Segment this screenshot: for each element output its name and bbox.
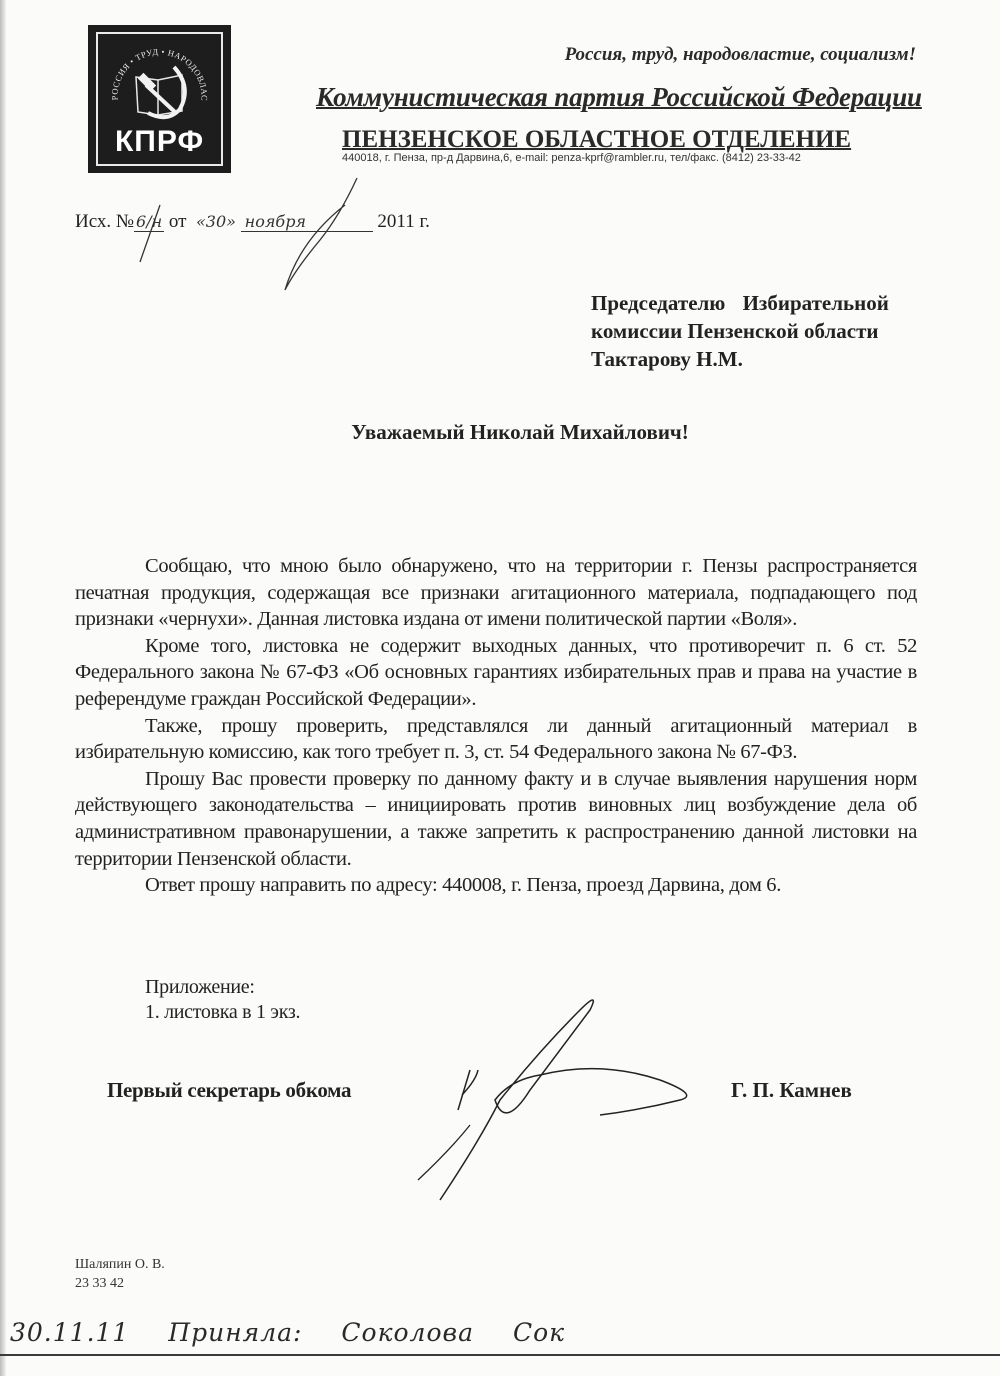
kprf-logo: РОССИЯ • ТРУД • НАРОДОВЛАСТИЕ • СОЦИАЛИЗ… (88, 25, 231, 173)
signer-title: Первый секретарь обкома (107, 1078, 351, 1103)
outgoing-day: «30» (196, 212, 236, 231)
received-date: 30.11.11 (10, 1318, 129, 1347)
recipient-line-1: Председателю Избирательной (591, 289, 889, 317)
footer-rule (0, 1354, 1000, 1356)
recipient-line-3: Тактарову Н.М. (591, 345, 889, 373)
scan-edge-shadow (0, 0, 6, 1376)
received-initials: Сок (513, 1318, 565, 1347)
body-paragraph: Прошу Вас провести проверку по данному ф… (75, 766, 917, 872)
executor-phone: 23 33 42 (75, 1274, 165, 1293)
body-paragraph: Кроме того, листовка не содержит выходны… (75, 633, 917, 713)
received-note: 30.11.11 Приняла: Соколова Сок (10, 1318, 565, 1347)
received-text: Приняла: Соколова (168, 1318, 474, 1347)
attachment-item: 1. листовка в 1 экз. (145, 1000, 300, 1025)
outgoing-year: 2011 г. (377, 211, 429, 232)
outgoing-reference: Исх. №6/н от «30» ноября 2011 г. (75, 211, 430, 233)
branch-address: 440018, г. Пенза, пр-д Дарвина,6, e-mail… (342, 152, 801, 164)
recipient-line-2: комиссии Пензенской области (591, 317, 889, 345)
logo-text: КПРФ (88, 125, 231, 159)
executor-name: Шаляпин О. В. (75, 1255, 165, 1274)
executor-block: Шаляпин О. В. 23 33 42 (75, 1255, 165, 1293)
party-name: Коммунистическая партия Российской Федер… (316, 82, 922, 113)
body-paragraph: Сообщаю, что мною было обнаружено, что н… (75, 553, 917, 633)
outgoing-number: 6/н (134, 212, 164, 232)
outgoing-prefix: Исх. № (75, 211, 134, 232)
attachment-label: Приложение: (145, 975, 300, 1000)
signer-name: Г. П. Камнев (731, 1078, 852, 1103)
body-paragraph: Ответ прошу направить по адресу: 440008,… (75, 872, 917, 899)
outgoing-from-label: от (169, 211, 187, 232)
recipient-block: Председателю Избирательной комиссии Пенз… (591, 289, 889, 373)
outgoing-month: ноября (241, 212, 373, 232)
party-motto: Россия, труд, народовластие, социализм! (565, 44, 916, 66)
letter-body: Сообщаю, что мною было обнаружено, что н… (75, 553, 917, 899)
branch-name: ПЕНЗЕНСКОЕ ОБЛАСТНОЕ ОТДЕЛЕНИЕ (342, 126, 851, 154)
greeting: Уважаемый Николай Михайлович! (0, 420, 1000, 445)
attachment-block: Приложение: 1. листовка в 1 экз. (145, 975, 300, 1025)
body-paragraph: Также, прошу проверить, представлялся ли… (75, 713, 917, 766)
